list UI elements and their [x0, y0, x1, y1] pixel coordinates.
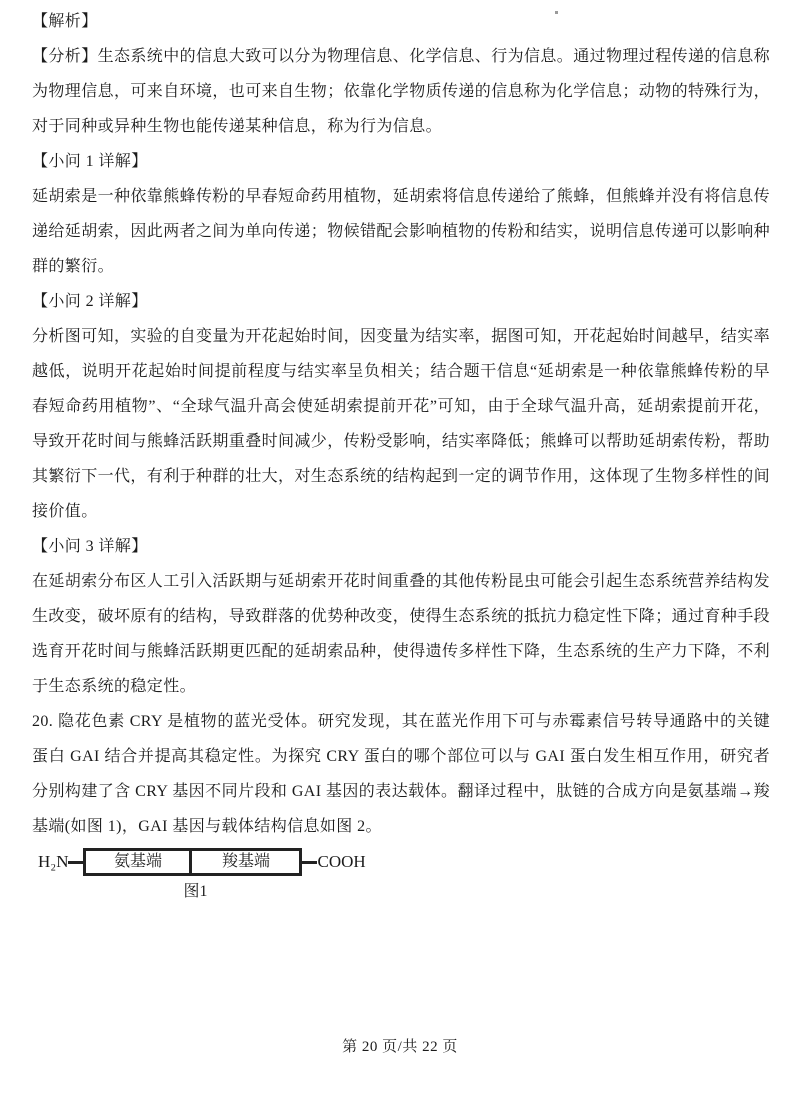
document-page: 【解析】 【分析】生态系统中的信息大致可以分为物理信息、化学信息、行为信息。通过…: [0, 0, 800, 1096]
h2n-label: H₂N: [38, 852, 68, 872]
figure-1: H₂N 氨基端 羧基端 COOH 图1: [38, 847, 770, 901]
question-20-text: 20. 隐花色素 CRY 是植物的蓝光受体。研究发现，其在蓝光作用下可与赤霉素信…: [32, 704, 770, 844]
document-body: 【解析】 【分析】生态系统中的信息大致可以分为物理信息、化学信息、行为信息。通过…: [0, 0, 800, 901]
analysis-paragraph: 【分析】生态系统中的信息大致可以分为物理信息、化学信息、行为信息。通过物理过程传…: [32, 39, 770, 144]
figure-1-caption: 图1: [86, 878, 305, 901]
page-footer: 第 20 页/共 22 页: [0, 1035, 800, 1056]
peptide-chain-diagram: H₂N 氨基端 羧基端 COOH: [38, 847, 770, 877]
connector-line-left: [68, 861, 83, 864]
subquestion-1-header: 【小问 1 详解】: [32, 144, 770, 179]
carboxyl-terminus-cell: 羧基端: [189, 851, 299, 873]
cooh-label: COOH: [317, 852, 365, 872]
scan-artifact-speck: [555, 11, 558, 14]
connector-line-right: [302, 861, 317, 864]
peptide-box: 氨基端 羧基端: [83, 848, 302, 876]
amino-terminus-cell: 氨基端: [86, 851, 189, 873]
subquestion-3-header: 【小问 3 详解】: [32, 529, 770, 564]
subquestion-1-answer: 延胡索是一种依靠熊蜂传粉的早春短命药用植物，延胡索将信息传递给了熊蜂，但熊蜂并没…: [32, 179, 770, 284]
subquestion-2-header: 【小问 2 详解】: [32, 284, 770, 319]
subquestion-2-answer: 分析图可知，实验的自变量为开花起始时间，因变量为结实率，据图可知，开花起始时间越…: [32, 319, 770, 529]
analysis-header: 【解析】: [32, 4, 770, 39]
subquestion-3-answer: 在延胡索分布区人工引入活跃期与延胡索开花时间重叠的其他传粉昆虫可能会引起生态系统…: [32, 564, 770, 704]
